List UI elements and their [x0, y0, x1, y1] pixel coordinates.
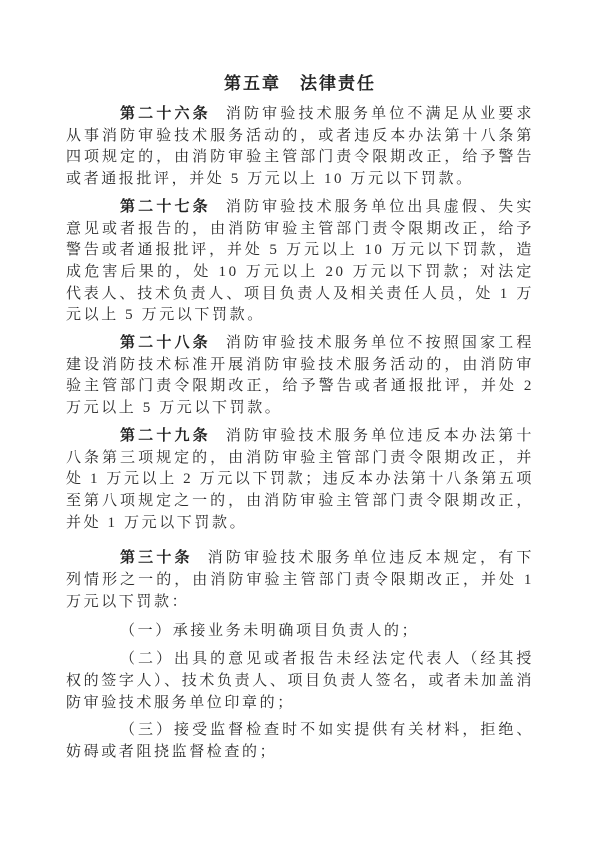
article-30-number: 第三十条	[120, 550, 193, 566]
article-29-number: 第二十九条	[120, 428, 211, 444]
article-28-paragraph: 第二十八条消防审验技术服务单位不按照国家工程建设消防技术标准开展消防审验技术服务…	[66, 333, 534, 420]
article-28-number: 第二十八条	[120, 335, 211, 351]
article-26-number: 第二十六条	[120, 106, 211, 122]
document-page: 第五章 法律责任 第二十六条消防审验技术服务单位不满足从业要求从事消防审验技术服…	[0, 0, 600, 848]
article-27-paragraph: 第二十七条消防审验技术服务单位出具虚假、失实意见或者报告的，由消防审验主管部门责…	[66, 197, 534, 327]
list-item-3: （三）接受监督检查时不如实提供有关材料，拒绝、妨碍或者阻挠监督检查的；	[66, 720, 534, 763]
article-26-paragraph: 第二十六条消防审验技术服务单位不满足从业要求从事消防审验技术服务活动的，或者违反…	[66, 104, 534, 191]
article-27-number: 第二十七条	[120, 199, 211, 215]
article-30-paragraph: 第三十条消防审验技术服务单位违反本规定，有下列情形之一的，由消防审验主管部门责令…	[66, 548, 534, 613]
list-item-1: （一）承接业务未明确项目负责人的；	[66, 621, 534, 643]
list-item-2: （二）出具的意见或者报告未经法定代表人（经其授权的签字人）、技术负责人、项目负责…	[66, 649, 534, 714]
chapter-title: 第五章 法律责任	[0, 72, 600, 95]
article-29-paragraph: 第二十九条消防审验技术服务单位违反本办法第十八条第三项规定的，由消防审验主管部门…	[66, 426, 534, 535]
article-27-text: 消防审验技术服务单位出具虚假、失实意见或者报告的，由消防审验主管部门责令限期改正…	[66, 199, 534, 324]
